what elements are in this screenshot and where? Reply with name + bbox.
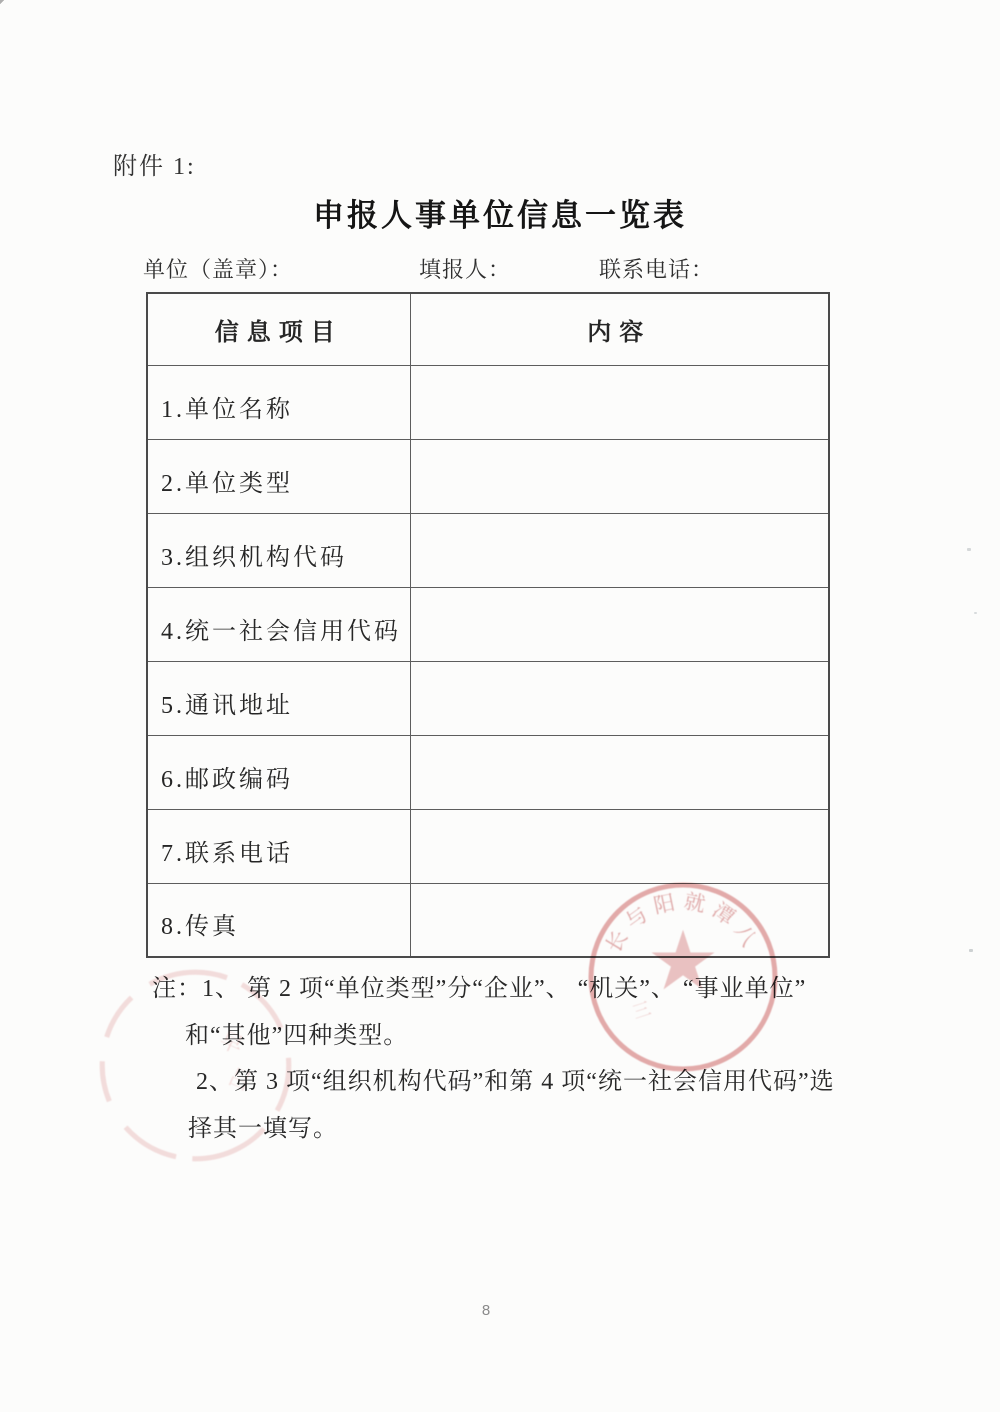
content-cell: [410, 439, 829, 513]
table-row: 6.邮政编码: [147, 735, 829, 809]
item-cell: 8.传真: [147, 883, 410, 957]
meta-row: 单位（盖章）： 填报人： 联系电话：: [0, 253, 1000, 285]
table-row: 1.单位名称: [147, 365, 829, 439]
content-cell: [410, 661, 829, 735]
item-cell: 6.邮政编码: [147, 735, 410, 809]
scan-artifact: [974, 612, 977, 614]
item-cell: 5.通讯地址: [147, 661, 410, 735]
item-cell: 4.统一社会信用代码: [147, 587, 410, 661]
content-cell: [410, 513, 829, 587]
content-cell: [410, 883, 829, 957]
scan-artifact: [969, 949, 973, 952]
filler-label: 填报人：: [419, 253, 511, 284]
document-page: 附件 1: 申报人事单位信息一览表 单位（盖章）： 填报人： 联系电话： 信息项…: [0, 0, 1000, 1412]
scan-artifact: [967, 548, 971, 551]
unit-seal-label: 单位（盖章）：: [143, 253, 293, 284]
item-cell: 2.单位类型: [147, 439, 410, 513]
content-cell: [410, 587, 829, 661]
page-title: 申报人事单位信息一览表: [0, 190, 1000, 235]
item-cell: 3.组织机构代码: [147, 513, 410, 587]
table-row: 4.统一社会信用代码: [147, 587, 829, 661]
info-table: 信息项目 内容 1.单位名称 2.单位类型 3.组织机构代码 4.统一社会信用代…: [146, 292, 830, 958]
scan-corner-artifact: [0, 0, 20, 20]
table-row: 7.联系电话: [147, 809, 829, 883]
note-line-3: 2、第 3 项“组织机构代码”和第 4 项“统一社会信用代码”选: [152, 1059, 912, 1106]
header-content: 内容: [410, 293, 829, 365]
table-row: 2.单位类型: [147, 439, 829, 513]
content-cell: [410, 365, 829, 439]
table-row: 3.组织机构代码: [147, 513, 829, 587]
table-row: 5.通讯地址: [147, 661, 829, 735]
item-cell: 1.单位名称: [147, 365, 410, 439]
attachment-label: 附件 1:: [113, 146, 196, 181]
content-cell: [410, 735, 829, 809]
contact-phone-label: 联系电话：: [599, 253, 714, 284]
item-cell: 7.联系电话: [147, 809, 410, 883]
content-cell: [410, 809, 829, 883]
table-header-row: 信息项目 内容: [147, 293, 829, 365]
note-line-1: 注：1、 第 2 项“单位类型”分“企业”、 “机关”、 “事业单位”: [152, 966, 912, 1013]
note-line-4: 择其一填写。: [152, 1106, 912, 1153]
note-line-2: 和“其他”四种类型。: [152, 1013, 912, 1060]
notes-block: 注：1、 第 2 项“单位类型”分“企业”、 “机关”、 “事业单位” 和“其他…: [152, 966, 912, 1152]
table-row: 8.传真: [147, 883, 829, 957]
header-item: 信息项目: [147, 293, 410, 365]
page-number: 8: [0, 1302, 972, 1319]
